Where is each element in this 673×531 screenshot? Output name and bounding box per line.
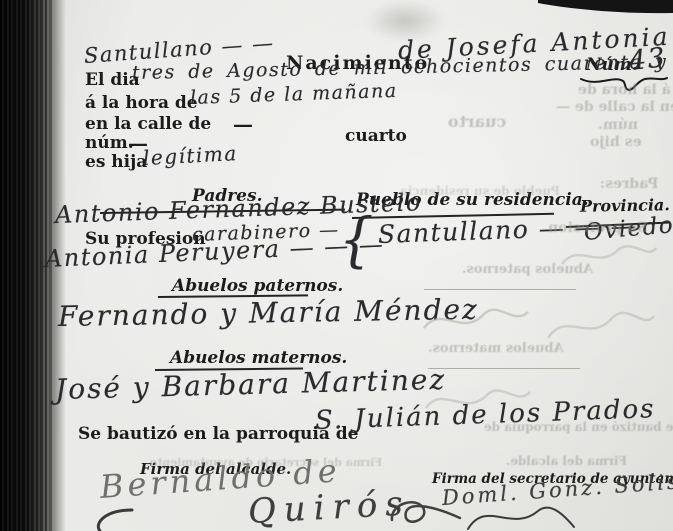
- paternal-grandparents-handwritten: Fernando y María Méndez: [58, 293, 479, 333]
- bleedthrough-text: Pueblo de su residencia: [400, 184, 560, 198]
- bleedthrough-script-smudge: [556, 236, 661, 276]
- bleedthrough-text: núm.: [598, 117, 638, 133]
- street-label: en la calle de: [85, 114, 211, 134]
- bleedthrough-script-smudge: [540, 300, 660, 350]
- scanned-birth-record-page: Santullano — — Nacimiento de Josefa Anto…: [0, 0, 673, 531]
- bleedthrough-text: Firma del secretario de ayuntamiento.: [146, 456, 382, 469]
- bleedthrough-text: es hijo: [590, 134, 642, 150]
- secretario-rubric: [458, 503, 583, 531]
- book-binding-stripes: [0, 0, 52, 531]
- hour-value-handwritten: las 5 de la mañana: [190, 80, 398, 109]
- bleedthrough-rule: [424, 289, 576, 290]
- maternal-grandparents-handwritten: José y Barbara Martinez: [55, 363, 447, 406]
- street-dash: —: [233, 112, 253, 136]
- floor-label: cuarto: [345, 126, 407, 146]
- grouping-brace: {: [339, 205, 373, 274]
- bleedthrough-script-smudge: [420, 380, 535, 420]
- legitimacy-handwritten: legítima: [142, 141, 238, 170]
- hour-label: á la hora de: [85, 93, 198, 113]
- bleedthrough-text: Se bautizó en la parroquia de: [484, 420, 673, 434]
- bleedthrough-text: Padres:: [600, 176, 658, 192]
- house-num-label: núm.: [85, 133, 134, 153]
- bleedthrough-script-smudge: [418, 298, 533, 340]
- bleedthrough-text: Firma del alcalde.: [506, 454, 627, 468]
- bleedthrough-text: á la hora de: [578, 82, 671, 98]
- paternal-grandparents-header: Abuelos paternos.: [172, 276, 343, 296]
- bleedthrough-text: en la calle de —: [556, 99, 673, 115]
- child-label: es hija: [85, 152, 147, 172]
- maternal-grandparents-header: Abuelos maternos.: [170, 348, 347, 368]
- bleedthrough-text: cuarto: [448, 112, 506, 131]
- bleedthrough-text: Su profesion: [548, 220, 647, 236]
- bleedthrough-rule: [428, 368, 580, 369]
- page-edge-shadow: [538, 0, 673, 20]
- alcalde-stroke: [90, 506, 150, 531]
